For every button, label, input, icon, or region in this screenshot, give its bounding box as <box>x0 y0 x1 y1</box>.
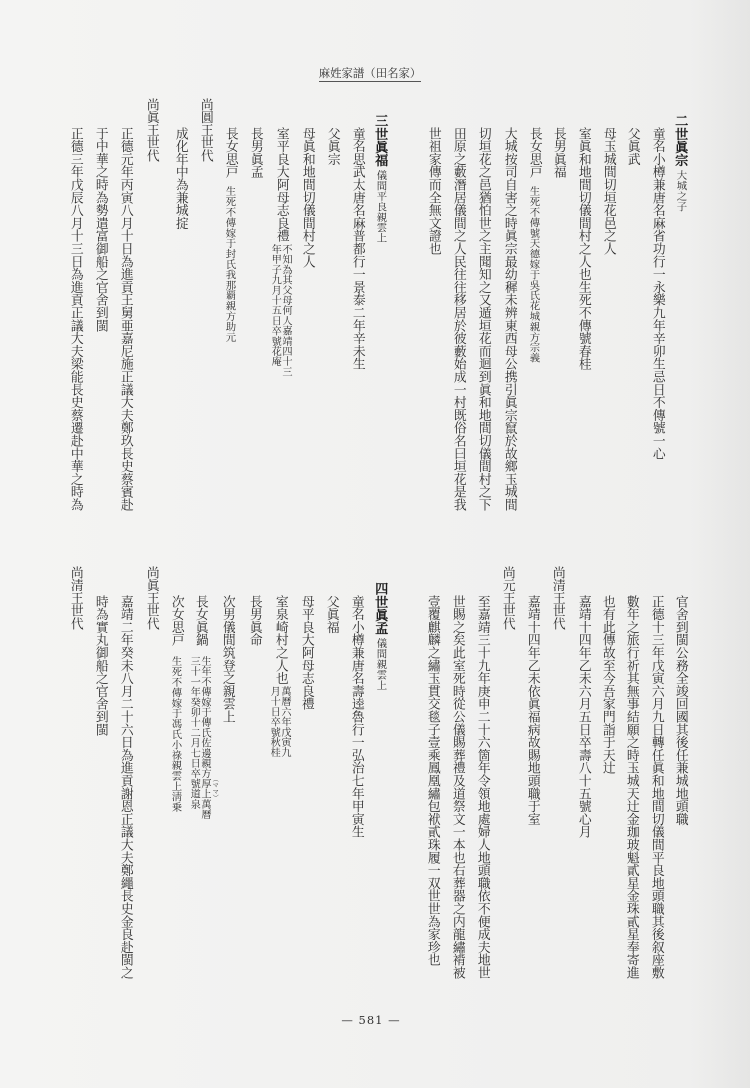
gen4-eldest-daughter-note-line: 生年不傳嫁于傳氏佐邊親方厚上萬曆 <box>199 656 209 819</box>
gen3-record-line: 官舍到閩公務全竣回國其後任兼城地頭職 <box>673 595 686 825</box>
gen2-name-entry: 童名小樽兼唐名麻省功行一永樂九年辛卯生忌日不傳號一心 <box>650 127 663 460</box>
gen4-eldest-daughter-entry: 長女眞鍋 <box>193 595 206 646</box>
gen2-narrative-line: 世祖家傳而全無文證也 <box>426 127 439 255</box>
gen3-father-entry: 父眞宗 <box>325 127 338 165</box>
gen2-narrative-line: 切垣花之邑猶怕世之主聞知之又遁垣花而迴到眞和地間切儀間村之下 <box>476 127 489 511</box>
gen3-heading: 三世眞福 <box>373 114 386 167</box>
gen4-record-line: 時為實丸御船之官舍到閩 <box>93 595 106 736</box>
gen2-father-entry: 父眞武 <box>625 127 638 165</box>
gen3-eldest-daughter-entry: 長女思戸 <box>223 127 236 178</box>
gen4-heading-note: 儀間親雲上 <box>375 638 385 690</box>
gen3-record-line: 世賜之矣此室死時從公儀賜葬禮及道祭文一本也右葬器之内龍繡褙被 <box>450 595 463 979</box>
reign-heading-sho-gen: 尚元王世代 <box>500 566 513 630</box>
gen4-second-daughter-entry: 次女思戸 <box>169 595 182 646</box>
gen2-narrative-line: 大城按司自害之時眞宗最幼穉未辨東西母公携引眞宗竄於故鄉玉城間 <box>502 127 515 511</box>
gen3-record-line: 正德三年戊辰八月十三日為進貢正議大夫梁能長史蔡遷赴中華之時為 <box>68 127 81 511</box>
gen3-name-entry: 童名思武太唐名麻普都行一景泰二年辛未生 <box>350 127 363 370</box>
scanned-page: 麻姓家譜（田名家） 二世眞宗 大城之子 童名小樽兼唐名麻省功行一永樂九年辛卯生忌… <box>0 0 750 1088</box>
gen4-wife-note-line: 月十日卒號秋桂 <box>268 686 278 757</box>
gen4-mother-entry: 母平良大阿母志良禮 <box>299 595 312 710</box>
gen3-mother-entry: 母眞和地間切儀間村之人 <box>300 127 313 268</box>
gen4-name-entry: 童名小樽兼唐名壽逵魯行一弘治七年甲寅生 <box>349 595 362 838</box>
gen3-wife-note-line: 年甲子九月十五日卒號花庵 <box>269 244 279 377</box>
gen3-eldest-son-entry: 長男眞孟 <box>248 127 261 178</box>
gen4-heading: 四世眞孟 <box>373 582 386 635</box>
gen4-record-line: 嘉靖二年癸未八月二十六日為進貢謝恩正議大夫鄭繩長史金良赴閩之 <box>118 595 131 979</box>
reign-heading-sho-shin: 尚眞王世代 <box>144 98 157 162</box>
gen3-heading-note: 儀間平良親雲上 <box>375 170 385 243</box>
gen3-wife-note: 不知為其父母何人嘉靖四十三 年甲子九月十五日卒號花庵 <box>269 244 290 377</box>
gen2-mother-entry: 母玉城間切垣花邑之人 <box>601 127 614 255</box>
gen2-wife-entry: 室眞和地間切儀間村之人也生死不傳號春桂 <box>576 127 589 370</box>
gen4-wife-entry: 室泉崎村之人也 <box>273 595 286 685</box>
gen3-record-line: 壹覆麒麟之繡玉貫交毯子壹乘鳳凰繡包袱貳珠履一双世世為家珍也 <box>425 595 438 966</box>
gen2-eldest-daughter-entry: 長女思戸 <box>527 127 540 178</box>
gen3-record-line: 也有此傳故至今吾家門詣于天辻 <box>600 595 613 774</box>
reign-heading-sho-shin: 尚眞王世代 <box>144 566 157 630</box>
gen3-record-line: 成化年中為兼城掟 <box>173 127 186 229</box>
gen2-narrative-line: 田原之藪潛居儀間之人民往往移居於彼藪始成一村既俗名曰垣花是我 <box>451 127 464 511</box>
gen3-record-line: 至嘉靖三十九年庚申二十六箇年令領地處婦人地頭職依不便成夫地世 <box>475 595 488 979</box>
gen4-eldest-daughter-note: 生年不傳嫁于傳氏佐邊親方厚上萬曆 三十一年癸卯十二月七日卒號道泉 <box>188 656 209 819</box>
gen3-record-line: 數年之旅行祈其無事結願之時玉城天辻金珈玻魁貳星金珠貳星奉寄進 <box>624 595 637 979</box>
gen3-wife-entry: 室平良大阿母志良禮 <box>274 127 287 242</box>
gen4-father-entry: 父眞福 <box>324 595 337 633</box>
gen4-second-daughter-note: 生死不傳嫁于馮氏小祿親雲上淸乗 <box>170 656 180 812</box>
reign-heading-sho-sei: 尚清王世代 <box>550 566 563 630</box>
gen3-record-line: 正德元年丙寅八月十日為進貢王舅亜嘉尼施正議大夫鄭玖長史蔡賓赴 <box>118 127 131 511</box>
gen3-record-line: 于中華之時為勢遣富御船之官舍到閩 <box>93 127 106 332</box>
gen3-record-line: 嘉靖十四年乙未依眞福病故賜地頭職于室 <box>525 595 538 825</box>
running-header-title: 麻姓家譜（田名家） <box>319 66 422 82</box>
gen2-heading: 二世眞宗 <box>673 114 686 167</box>
reign-heading-sho-en: 尚圓王世代 <box>198 98 211 162</box>
gen3-death-record: 嘉靖十四年乙未六月五日卒壽八十五號心月 <box>576 595 589 838</box>
reign-heading-sho-sei: 尚清王世代 <box>68 566 81 630</box>
gen3-eldest-daughter-note: 生死不傳嫁于封氏我那覇親方助元 <box>224 186 234 342</box>
gen4-second-son-entry: 次男儀間筑登之親雲上 <box>220 595 233 723</box>
page-number: — 581 — <box>316 1013 426 1027</box>
gen3-record-line: 正德十三年戊寅六月九日轉任眞和地間切儀間平良地頭職其後叙座敷 <box>649 595 662 979</box>
gen2-eldest-son-entry: 長男眞福 <box>551 127 564 178</box>
sic-annotation: （ママ） <box>211 776 217 801</box>
gen2-heading-note: 大城之子 <box>675 170 685 212</box>
gen3-wife-note-line: 不知為其父母何人嘉靖四十三 <box>280 244 290 377</box>
gen4-eldest-son-entry: 長男眞命 <box>247 595 260 646</box>
gen4-eldest-daughter-note-line: 三十一年癸卯十二月七日卒號道泉 <box>188 656 198 819</box>
gen2-eldest-daughter-note: 生死不傳號天德嫁于吳氏花城親方宗義 <box>528 186 538 363</box>
gen4-wife-note-line: 萬曆六年戊寅九 <box>279 686 289 757</box>
gen4-wife-note: 萬曆六年戊寅九 月十日卒號秋桂 <box>268 686 289 757</box>
running-header: 麻姓家譜（田名家） <box>300 66 440 80</box>
